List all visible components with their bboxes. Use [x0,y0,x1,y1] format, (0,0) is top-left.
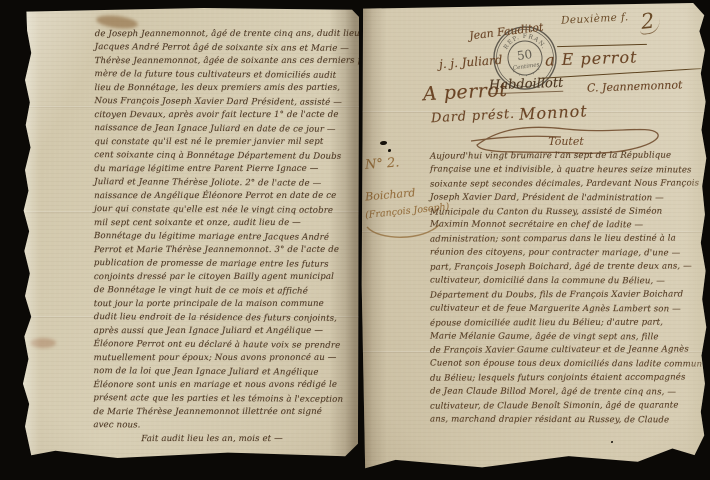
left-page: de Joseph Jeannemonnot, âgé de trente ci… [14,8,359,458]
manuscript-line: tout jour la porte principale de la mais… [94,298,352,312]
manuscript-line: cultivateur, de Claude Benoît Simonin, â… [430,399,702,414]
manuscript-line: conjoints dressé par le citoyen Bailly a… [94,271,352,285]
right-page: Deuxième f. 2 REP. FRAN. · · · · · 50 Ce… [361,3,707,473]
manuscript-line: ans, marchand drapier résidant au Russey… [430,413,702,428]
manuscript-line: citoyen Devaux, après avoir fait lecture… [94,109,352,123]
manuscript-line: du mariage légitime entre Parent Pierre … [94,163,352,177]
signature-a-e-perrot: a E perrot [545,47,638,69]
manuscript-line: Aujourd'hui vingt brumaire l'an sept de … [430,149,702,164]
manuscript-line: Bonnétage du légitime mariage entre Jacq… [94,230,352,245]
manuscript-line: de Joseph Jeannemonnot, âgé de trente ci… [95,28,353,42]
manuscript-line: avec nous. [93,419,351,434]
manuscript-line: de Jean Claude Billod Morel, âgé de tren… [430,386,702,401]
manuscript-line: soixante sept secondes décimales, Pardev… [430,177,702,192]
manuscript-line: qui constate qu'il est né le premier jan… [94,136,352,150]
signature-habdoillott: Habdoillott [489,76,564,95]
manuscript-line: jour qui constate qu'elle est née le vin… [94,203,352,218]
left-page-text: de Joseph Jeannemonnot, âgé de trente ci… [93,28,352,447]
manuscript-line: naissance de Jean Ignace Juliard en date… [94,122,352,137]
manuscript-line: après aussi que Jean Ignace Juliard et A… [94,325,352,339]
manuscript-line: Jacques André Perrot âgé de soixante six… [95,41,353,56]
manuscript-line: nom de la loi que Jean Ignace Juliard et… [93,365,351,380]
manuscript-line: cent soixante cinq à Bonnétage Départeme… [94,149,352,164]
manuscript-line: publication de promesse de mariage entre… [94,257,352,272]
right-page-text: Aujourd'hui vingt brumaire l'an sept de … [430,150,702,428]
manuscript-line: cultivateur, domicilié dans la commune d… [430,275,702,290]
manuscript-scan: de Joseph Jeannemonnot, âgé de trente ci… [0,0,710,480]
manuscript-line: Cuenot son épouse tous deux domiciliés d… [430,358,702,373]
manuscript-line: française une et indivisible, à quatre h… [430,163,702,178]
signature-jeannemonnot: C. Jeannemonnot [587,78,683,94]
manuscript-line: Éléonore Perrot ont eu déclaré à haute v… [94,338,352,353]
manuscript-line: naissance de Angélique Éléonore Perrot e… [94,190,352,204]
manuscript-line: du Bélieu; lesquels futurs conjoints éta… [430,372,702,387]
manuscript-line: Thérèse Jeannemonnot, âgée de soixante a… [95,55,353,69]
manuscript-line: mil sept cent soixante et onze, audit li… [94,217,352,231]
manuscript-line: mutuellement pour époux; Nous avons pron… [94,352,352,366]
ink-blot [380,141,387,145]
manuscript-line: dudit lieu endroit de la résidence des f… [94,311,352,326]
manuscript-line: Juliard et Jeanne Thérèse Joliote. 2° de… [94,176,352,191]
manuscript-line: Département du Doubs, fils de François X… [430,288,702,303]
manuscript-line: Perrot et Marie Thérèse Jeannemonnot. 3°… [94,244,352,258]
signature-toutet: Toutet [548,135,584,148]
ink-blot [611,441,613,443]
manuscript-line: Fait audit lieu les an, mois et — [93,433,351,447]
stamp-value: 50 [516,47,533,63]
manuscript-line: cultivateur et de feue Marguerite Agnès … [430,302,702,317]
manuscript-line: réunion des citoyens, pour contracter ma… [430,247,702,262]
manuscript-line: Joseph Xavier Dard, Président de l'admin… [430,191,702,206]
folio-word: Deuxième f. [561,11,629,27]
ink-blot [388,149,391,152]
manuscript-line: Nous François Joseph Xavier Dard Préside… [94,95,352,110]
manuscript-line: mère de la future tous cultivateurs et d… [95,68,353,83]
manuscript-line: de Marie Thérèse Jeannemonnot illettrée … [93,406,351,420]
manuscript-line: administration; sont comparus dans le li… [430,233,702,248]
manuscript-line: part, François Joseph Boichard, âgé de t… [430,261,702,276]
manuscript-line: lieu de Bonnétage, les deux premiers ami… [95,82,353,96]
manuscript-line: Maximin Monnot secrétaire en chef de lad… [430,219,702,234]
folio-number: 2 [638,8,662,35]
manuscript-line: de Bonnétage le vingt huit de ce mois et… [94,284,352,299]
manuscript-line: présent acte que les parties et les témo… [93,392,351,407]
paper-stain [30,338,56,348]
manuscript-line: épouse domiciliée audit lieu du Bélieu; … [430,316,702,331]
manuscript-line: Éléonore sont unis en mariage et nous av… [93,379,351,393]
